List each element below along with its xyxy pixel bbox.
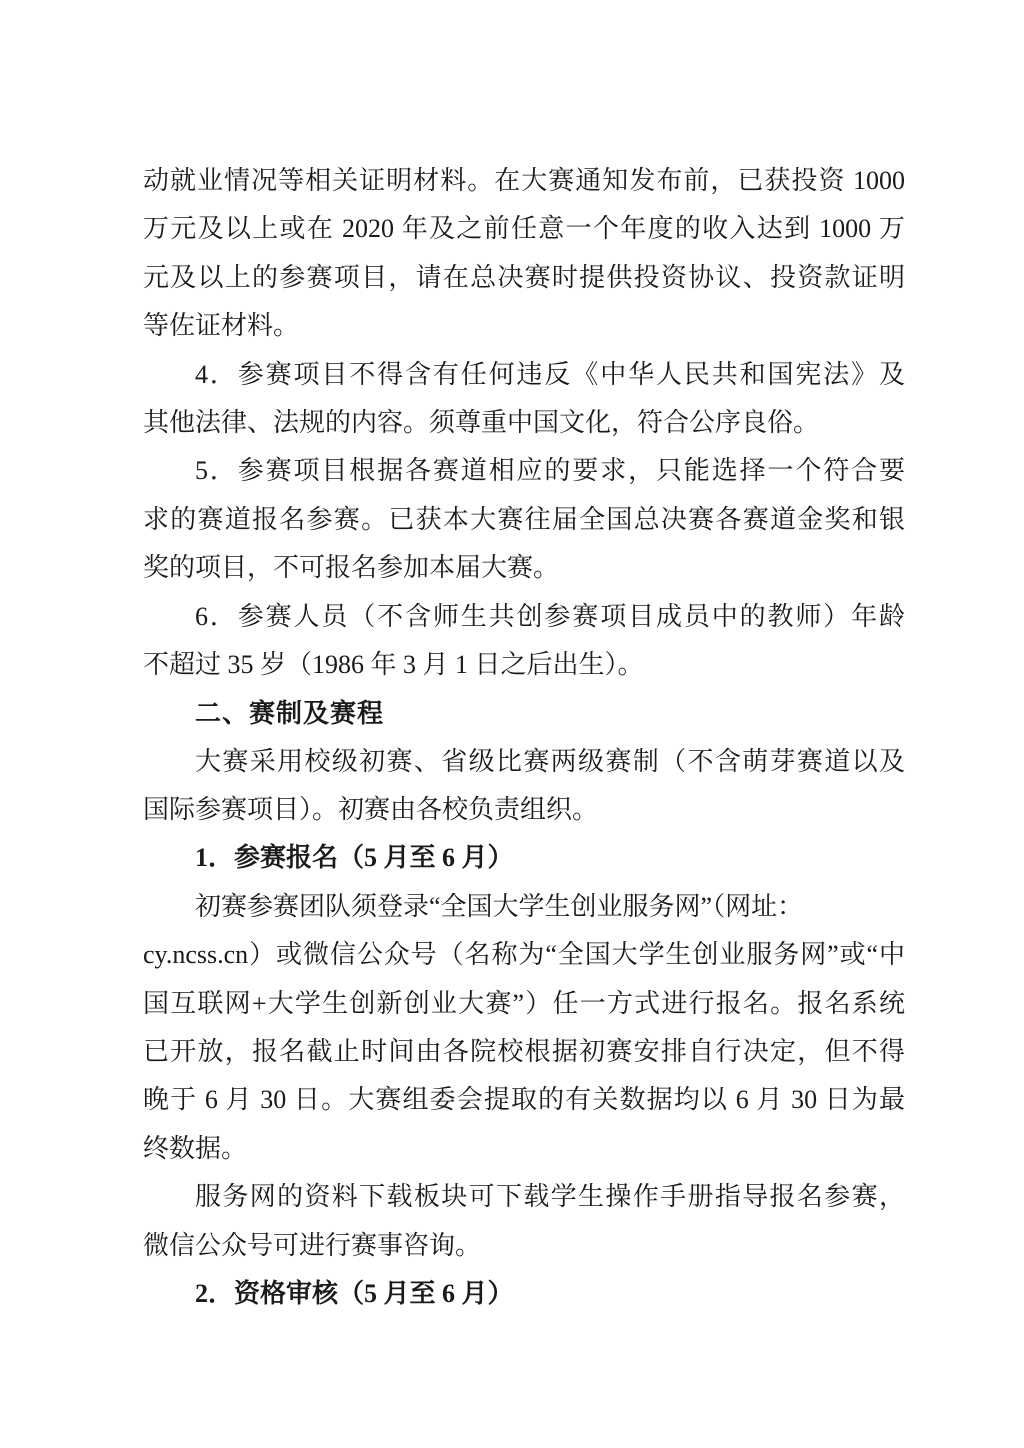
body-line: 求的赛道报名参赛。已获本大赛往届全国总决赛各赛道金奖和银 — [143, 496, 905, 544]
body-line: 已开放，报名截止时间由各院校根据初赛安排自行决定，但不得 — [143, 1028, 905, 1076]
body-line-url: cy.ncss.cn）或微信公众号（名称为“全国大学生创业服务网”或“中 — [143, 931, 905, 979]
body-line: 奖的项目，不可报名参加本届大赛。 — [143, 544, 905, 592]
body-line: 大赛采用校级初赛、省级比赛两级赛制（不含萌芽赛道以及 — [143, 738, 905, 786]
subheading-qualification-review: 2．资格审核（5 月至 6 月） — [143, 1270, 905, 1318]
body-line: 终数据。 — [143, 1125, 905, 1173]
body-line-item-4: 4．参赛项目不得含有任何违反《中华人民共和国宪法》及 — [143, 351, 905, 399]
body-line: 国互联网+大学生创新创业大赛”）任一方式进行报名。报名系统 — [143, 980, 905, 1028]
document-page: 动就业情况等相关证明材料。在大赛通知发布前，已获投资 1000 万元及以上或在 … — [0, 0, 1024, 1448]
body-line: 不超过 35 岁（1986 年 3 月 1 日之后出生）。 — [143, 641, 905, 689]
body-line: 晚于 6 月 30 日。大赛组委会提取的有关数据均以 6 月 30 日为最 — [143, 1076, 905, 1124]
body-line-item-5: 5．参赛项目根据各赛道相应的要求，只能选择一个符合要 — [143, 447, 905, 495]
body-line: 动就业情况等相关证明材料。在大赛通知发布前，已获投资 1000 — [143, 157, 905, 205]
body-line: 国际参赛项目）。初赛由各校负责组织。 — [143, 786, 905, 834]
subheading-registration: 1．参赛报名（5 月至 6 月） — [143, 834, 905, 882]
body-line: 初赛参赛团队须登录“全国大学生创业服务网”（网址： — [143, 883, 905, 931]
body-line: 服务网的资料下载板块可下载学生操作手册指导报名参赛， — [143, 1173, 905, 1221]
body-line: 微信公众号可进行赛事咨询。 — [143, 1222, 905, 1270]
body-line: 等佐证材料。 — [143, 302, 905, 350]
body-line: 元及以上的参赛项目，请在总决赛时提供投资协议、投资款证明 — [143, 254, 905, 302]
body-line: 其他法律、法规的内容。须尊重中国文化，符合公序良俗。 — [143, 399, 905, 447]
body-line-item-6: 6．参赛人员（不含师生共创参赛项目成员中的教师）年龄 — [143, 593, 905, 641]
body-line: 万元及以上或在 2020 年及之前任意一个年度的收入达到 1000 万 — [143, 205, 905, 253]
section-heading: 二、赛制及赛程 — [143, 689, 905, 737]
